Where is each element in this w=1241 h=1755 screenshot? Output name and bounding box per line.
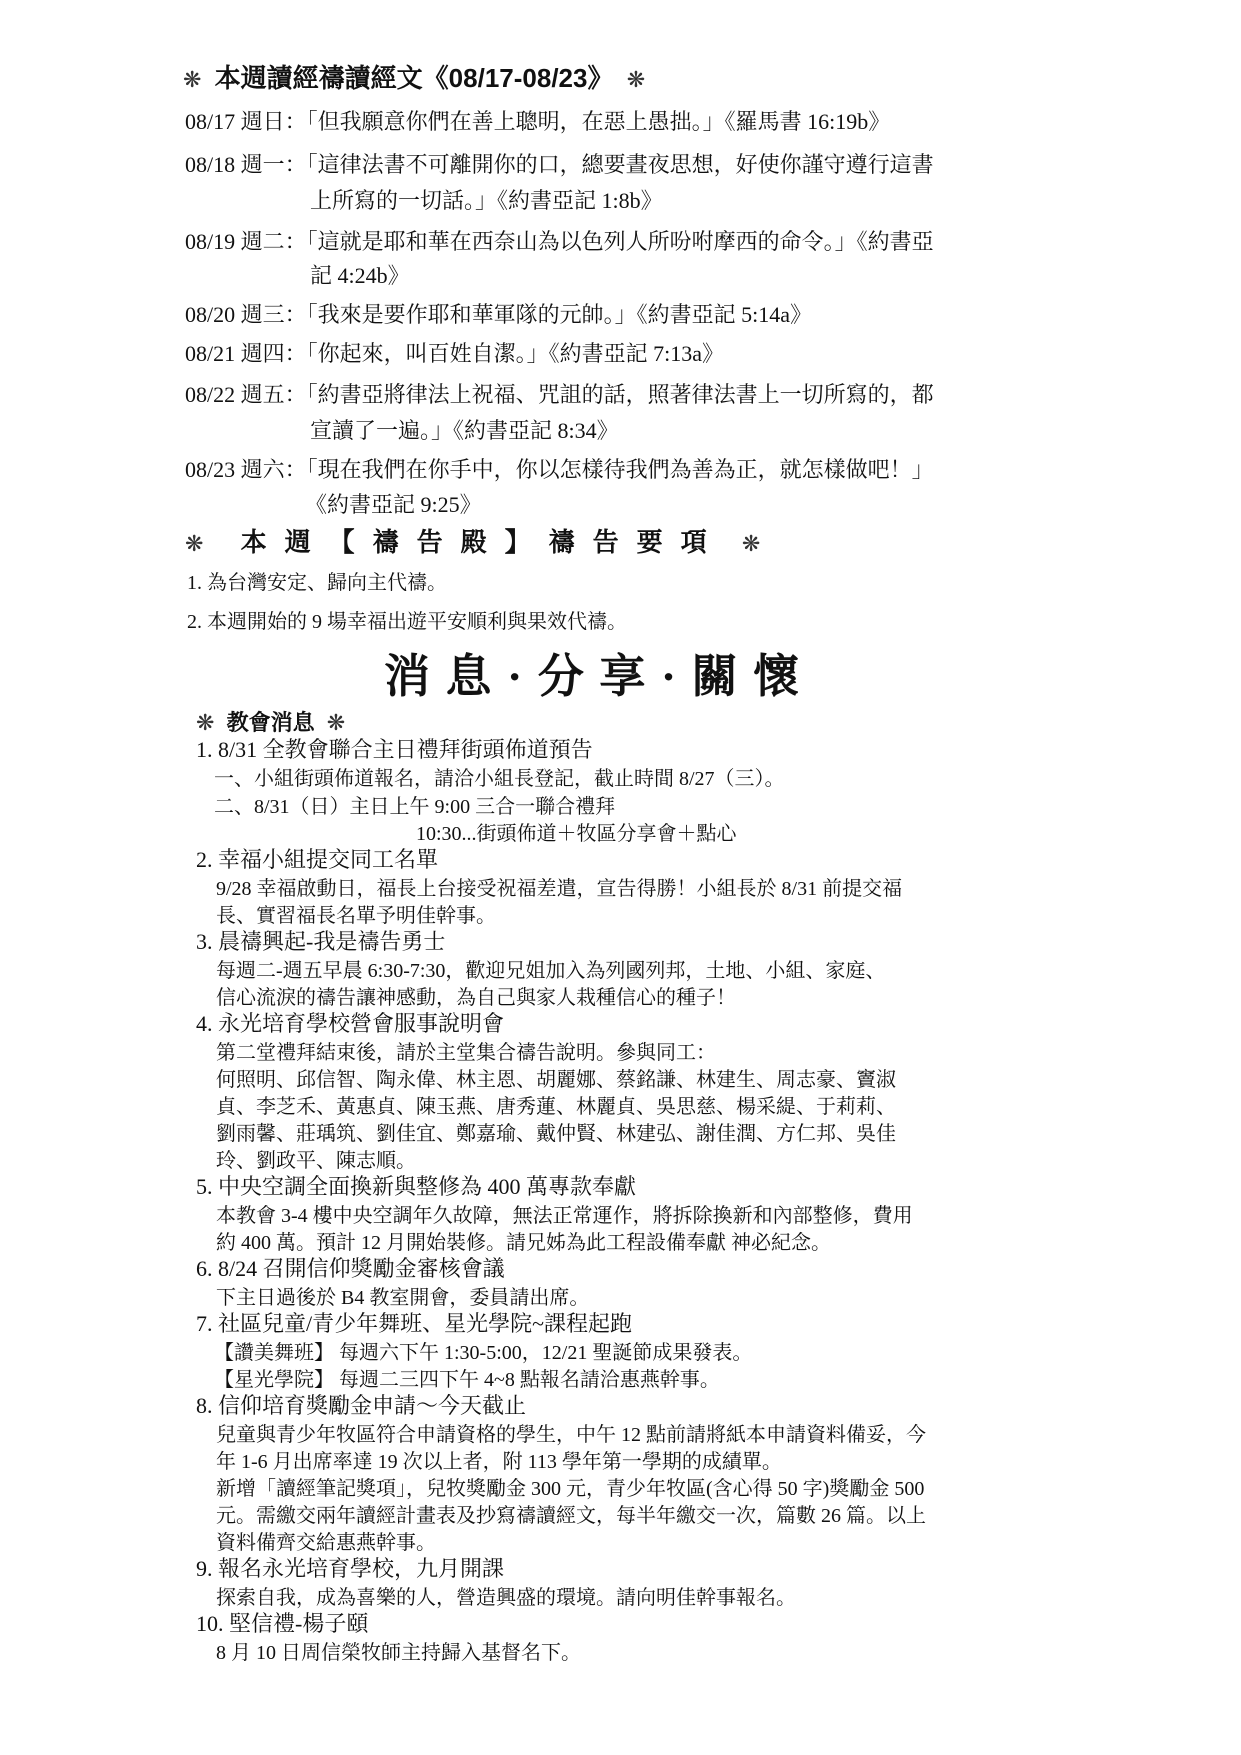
news-item-body: 二、8/31（日）主日上午 9:00 三合一聯合禮拜 <box>214 790 615 819</box>
news-item-heading: 1. 8/31 全教會聯合主日禮拜街頭佈道預告 <box>196 733 593 764</box>
verse-text: 「現在我們在你手中，你以怎樣待我們為善為正，就怎樣做吧！」 <box>307 457 934 482</box>
news-item-body: 元。需繳交兩年讀經計畫表及抄寫禱讀經文，每半年繳交一次，篇數 26 篇。以上 <box>216 1499 926 1528</box>
verse-text: 「你起來，叫百姓自潔。」《約書亞記 7:13a》 <box>307 341 724 366</box>
day-label: 08/17 週日： <box>185 109 307 134</box>
day-label: 08/18 週一： <box>185 152 307 177</box>
reading-day-0821: 08/21 週四：「你起來，叫百姓自潔。」《約書亞記 7:13a》 <box>185 339 724 369</box>
verse-text: 「但我願意你們在善上聰明，在惡上愚拙。」《羅馬書 16:19b》 <box>307 109 891 134</box>
news-item-body: 約 400 萬。預計 12 月開始裝修。請兄姊為此工程設備奉獻 神必紀念。 <box>216 1226 831 1255</box>
news-item-body: 9/28 幸福啟動日，福長上台接受祝福差遣，宣告得勝！小組長於 8/31 前提交… <box>216 872 902 901</box>
reading-day-0819: 08/19 週二：「這就是耶和華在西奈山為以色列人所吩咐摩西的命令。」《約書亞 <box>185 227 934 257</box>
news-item-heading: 2. 幸福小組提交同工名單 <box>196 843 438 874</box>
reading-title: 本週讀經禱讀經文《08/17-08/23》 <box>215 63 614 93</box>
news-item-heading: 5. 中央空調全面換新與整修為 400 萬專款奉獻 <box>196 1170 636 1201</box>
verse-text: 「約書亞將律法上祝福、咒詛的話，照著律法書上一切所寫的，都 <box>307 382 934 407</box>
flower-icon: ❋ <box>627 67 645 92</box>
verse-text: 「這律法書不可離開你的口，總要晝夜思想，好使你謹守遵行這書 <box>307 152 934 177</box>
prayer-title: 本週【禱告殿】禱告要項 <box>241 527 725 557</box>
flower-icon: ❋ <box>742 531 760 556</box>
verse-continuation: 《約書亞記 9:25》 <box>305 488 482 519</box>
day-label: 08/21 週四： <box>185 341 307 366</box>
prayer-item: 1. 為台灣安定、歸向主代禱。 <box>187 566 447 595</box>
flower-icon: ❋ <box>183 67 201 92</box>
reading-day-0820: 08/20 週三：「我來是要作耶和華軍隊的元帥。」《約書亞記 5:14a》 <box>185 300 812 330</box>
verse-continuation: 宣讀了一遍。」《約書亞記 8:34》 <box>310 414 619 445</box>
news-item-heading: 7. 社區兒童/青少年舞班、星光學院~課程起跑 <box>196 1307 632 1338</box>
verse-text: 「我來是要作耶和華軍隊的元帥。」《約書亞記 5:14a》 <box>307 302 812 327</box>
prayer-section-title: ❋ 本週【禱告殿】禱告要項 ❋ <box>185 522 760 559</box>
news-item-body: 新增「讀經筆記獎項」，兒牧獎勵金 300 元，青少年牧區(含心得 50 字)獎勵… <box>216 1472 924 1501</box>
flower-icon: ❋ <box>196 710 214 735</box>
news-title: 教會消息 <box>227 710 315 735</box>
flower-icon: ❋ <box>327 710 345 735</box>
news-item-heading: 9. 報名永光培育學校，九月開課 <box>196 1552 504 1583</box>
news-item-body: 玲、劉政平、陳志順。 <box>216 1144 416 1173</box>
verse-continuation: 上所寫的一切話。」《約書亞記 1:8b》 <box>310 184 663 215</box>
news-item-body: 貞、李芝禾、黃惠貞、陳玉燕、唐秀蓮、林麗貞、吳思慈、楊采緹、于莉莉、 <box>216 1090 896 1119</box>
reading-day-0822: 08/22 週五：「約書亞將律法上祝福、咒詛的話，照著律法書上一切所寫的，都 <box>185 380 934 410</box>
reading-day-0818: 08/18 週一：「這律法書不可離開你的口，總要晝夜思想，好使你謹守遵行這書 <box>185 150 934 180</box>
news-item-body: 資料備齊交給惠燕幹事。 <box>216 1526 436 1555</box>
news-item-body: 長、實習福長名單予明佳幹事。 <box>216 899 496 928</box>
day-label: 08/20 週三： <box>185 302 307 327</box>
verse-text: 「這就是耶和華在西奈山為以色列人所吩咐摩西的命令。」《約書亞 <box>307 229 934 254</box>
news-item-body: 8 月 10 日周信榮牧師主持歸入基督名下。 <box>216 1636 581 1665</box>
prayer-item: 2. 本週開始的 9 場幸福出遊平安順利與果效代禱。 <box>187 605 627 634</box>
news-item-body: 劉雨馨、莊瑀筑、劉佳宜、鄭嘉瑜、戴仲賢、林建弘、謝佳潤、方仁邦、吳佳 <box>216 1117 896 1146</box>
reading-section-title: ❋ 本週讀經禱讀經文《08/17-08/23》 ❋ <box>183 58 645 95</box>
news-item-heading: 8. 信仰培育獎勵金申請～今天截止 <box>196 1389 526 1420</box>
news-item-body: 兒童與青少年牧區符合申請資格的學生，中午 12 點前請將紙本申請資料備妥，今 <box>216 1418 926 1447</box>
news-item-heading: 4. 永光培育學校營會服事說明會 <box>196 1007 504 1038</box>
news-item-body: 本教會 3-4 樓中央空調年久故障，無法正常運作，將拆除換新和內部整修，費用 <box>216 1199 913 1228</box>
verse-continuation: 記 4:24b》 <box>310 259 410 290</box>
flower-icon: ❋ <box>185 531 203 556</box>
news-item-body: 【讚美舞班】 每週六下午 1:30-5:00，12/21 聖誕節成果發表。 <box>214 1336 752 1365</box>
news-item-heading: 10. 堅信禮-楊子頤 <box>196 1607 368 1638</box>
news-item-heading: 3. 晨禱興起-我是禱告勇士 <box>196 925 445 956</box>
reading-day-0817: 08/17 週日：「但我願意你們在善上聰明，在惡上愚拙。」《羅馬書 16:19b… <box>185 107 890 137</box>
day-label: 08/19 週二： <box>185 229 307 254</box>
news-item-body: 第二堂禮拜結束後，請於主堂集合禱告說明。參與同工： <box>216 1036 716 1065</box>
news-item-body: 每週二-週五早晨 6:30-7:30，歡迎兄姐加入為列國列邦，土地、小組、家庭、 <box>216 954 885 983</box>
news-item-body: 10:30...街頭佈道＋牧區分享會＋點心 <box>416 817 737 846</box>
day-label: 08/22 週五： <box>185 382 307 407</box>
news-item-body: 探索自我，成為喜樂的人，營造興盛的環境。請向明佳幹事報名。 <box>216 1581 796 1610</box>
news-item-body: 信心流淚的禱告讓神感動，為自己與家人栽種信心的種子！ <box>216 981 736 1010</box>
news-item-body: 何照明、邱信智、陶永偉、林主恩、胡麗娜、蔡銘謙、林建生、周志豪、竇淑 <box>216 1063 896 1092</box>
reading-day-0823: 08/23 週六：「現在我們在你手中，你以怎樣待我們為善為正，就怎樣做吧！」 <box>185 455 934 485</box>
news-item-body: 年 1-6 月出席率達 19 次以上者，附 113 學年第一學期的成績單。 <box>216 1445 782 1474</box>
day-label: 08/23 週六： <box>185 457 307 482</box>
news-item-heading: 6. 8/24 召開信仰獎勵金審核會議 <box>196 1252 505 1283</box>
news-item-body: 下主日過後於 B4 教室開會，委員請出席。 <box>216 1281 589 1310</box>
news-item-body: 一、小組街頭佈道報名，請洽小組長登記，截止時間 8/27（三）。 <box>214 762 785 791</box>
news-item-body: 【星光學院】 每週二三四下午 4~8 點報名請洽惠燕幹事。 <box>214 1363 720 1392</box>
banner-title: 消 息 · 分 享 · 關 懷 <box>384 640 801 706</box>
